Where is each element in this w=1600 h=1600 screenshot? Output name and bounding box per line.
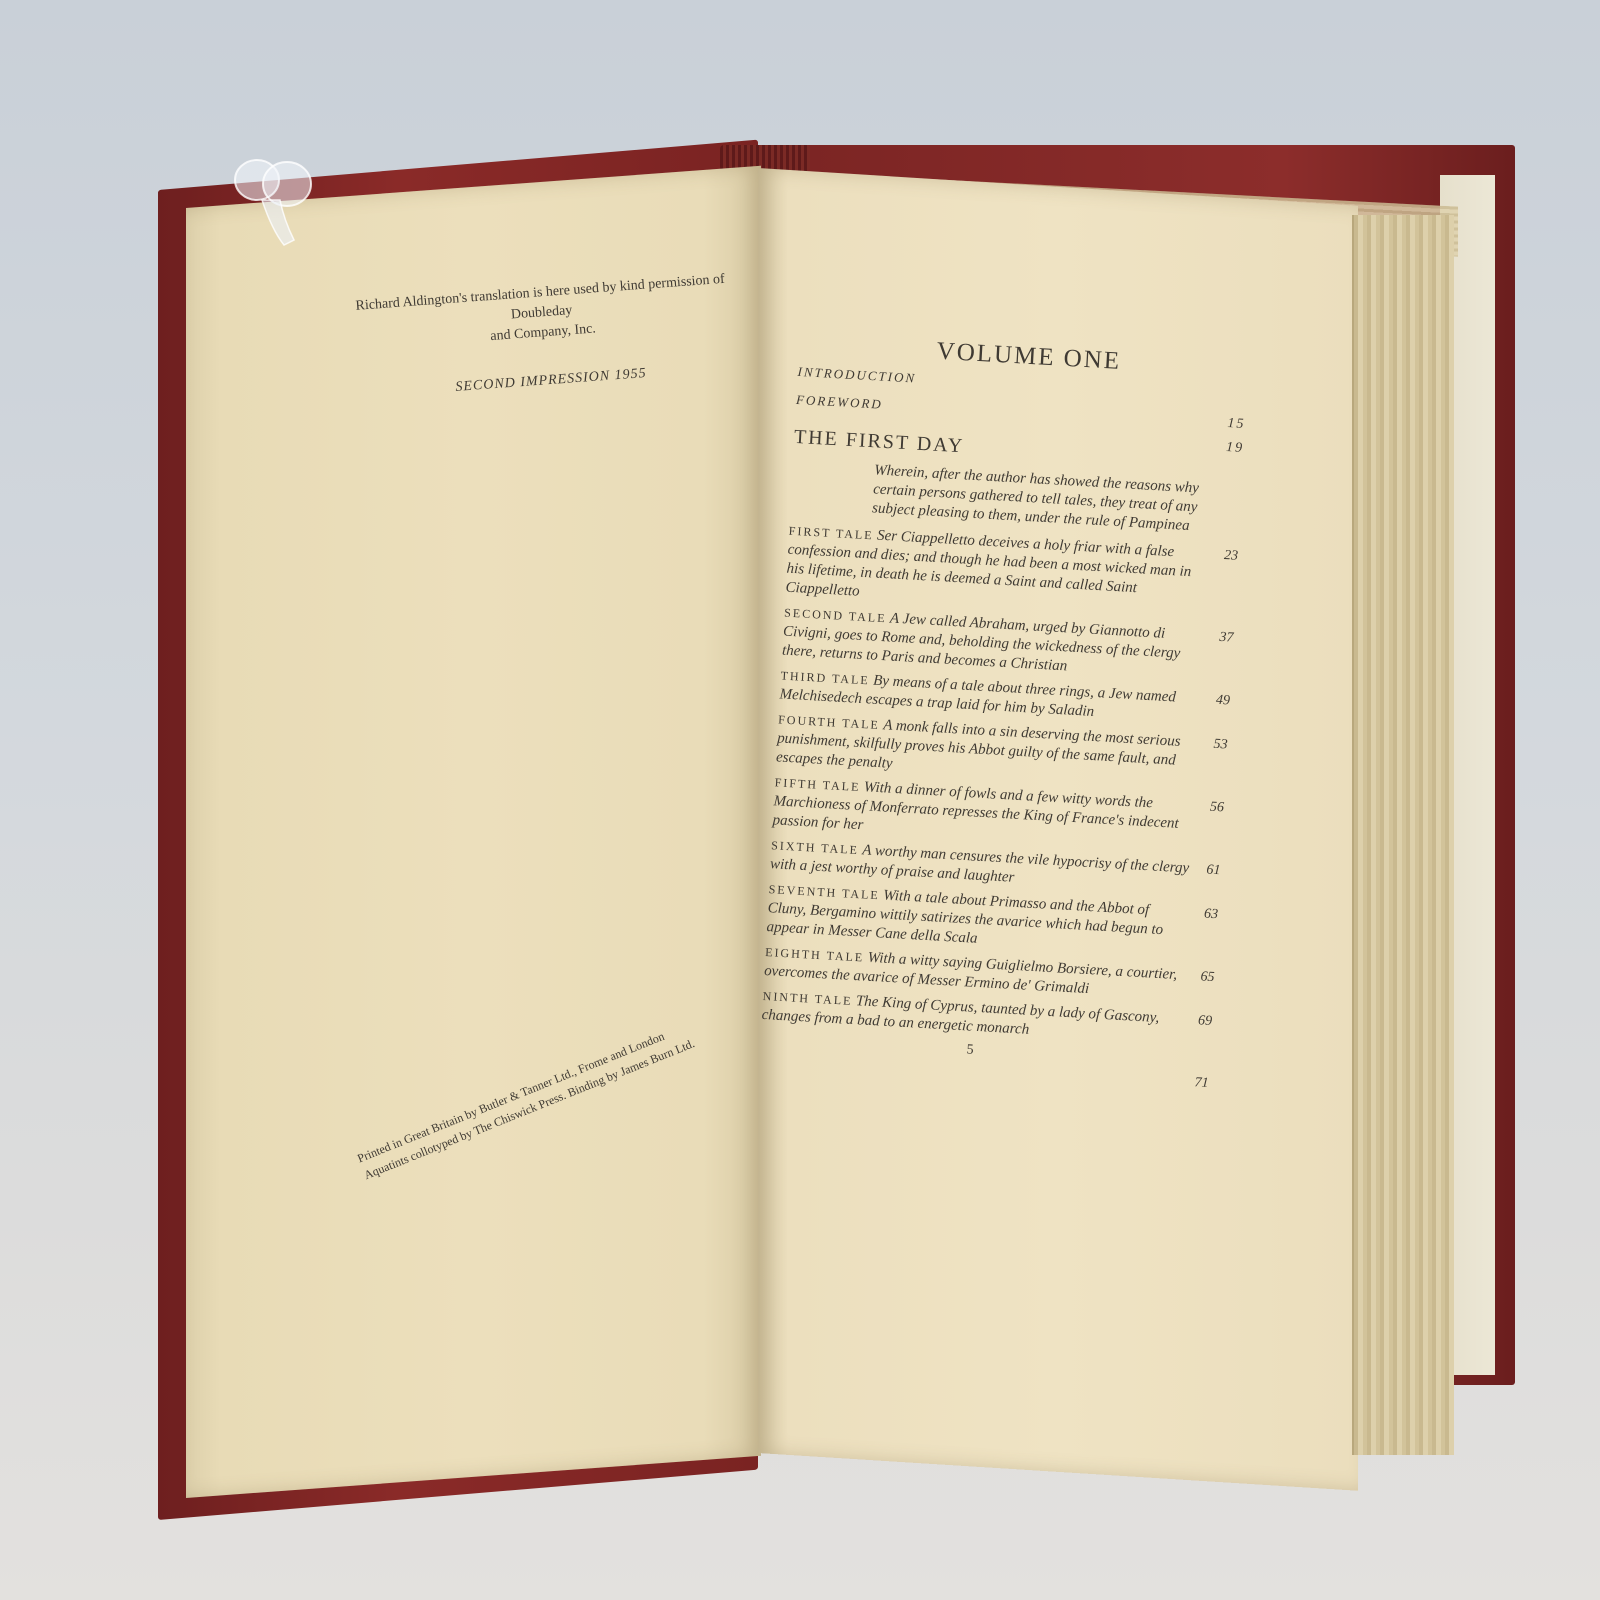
toc-page-number: 56: [1209, 798, 1224, 818]
toc-page-number: 69: [1198, 1011, 1213, 1031]
tale-label: SIXTH TALE: [771, 838, 859, 857]
toc-entry-label: FOREWORD: [796, 392, 883, 412]
day-title: THE FIRST DAY: [793, 426, 964, 457]
table-of-contents: VOLUME ONE INTRODUCTION FOREWORD 15 THE …: [760, 330, 1219, 1070]
toc-page-number: 63: [1204, 904, 1219, 924]
clear-page-clip-icon: [222, 150, 322, 250]
toc-page-number: 15: [1227, 416, 1246, 433]
tale-label: EIGHTH TALE: [765, 945, 865, 965]
toc-page-number: 19: [1226, 440, 1245, 457]
toc-tale-entry: FIRST TALE Ser Ciappelletto deceives a h…: [785, 522, 1209, 621]
toc-page-number: 65: [1200, 967, 1215, 987]
tale-label: NINTH TALE: [762, 989, 852, 1008]
tale-label: FIFTH TALE: [774, 775, 860, 794]
tale-label: SECOND TALE: [784, 606, 887, 626]
toc-page-number: 53: [1213, 735, 1228, 755]
trailing-page-number: 71: [1194, 1075, 1209, 1092]
tale-label: FOURTH TALE: [778, 712, 880, 732]
toc-entry-label: INTRODUCTION: [797, 364, 916, 386]
toc-page-number: 49: [1215, 691, 1230, 711]
tale-list: FIRST TALE Ser Ciappelletto deceives a h…: [761, 522, 1208, 1049]
tale-label: THIRD TALE: [780, 668, 870, 687]
toc-page-number: 23: [1224, 546, 1239, 566]
photo-scene: Richard Aldington's translation is here …: [0, 0, 1600, 1600]
left-page: [186, 166, 761, 1498]
page-block-fore-edge: [1352, 215, 1454, 1455]
toc-page-number: 61: [1206, 861, 1221, 881]
tale-label: SEVENTH TALE: [768, 882, 880, 902]
toc-page-number: 37: [1219, 628, 1234, 648]
tale-label: FIRST TALE: [788, 524, 874, 543]
